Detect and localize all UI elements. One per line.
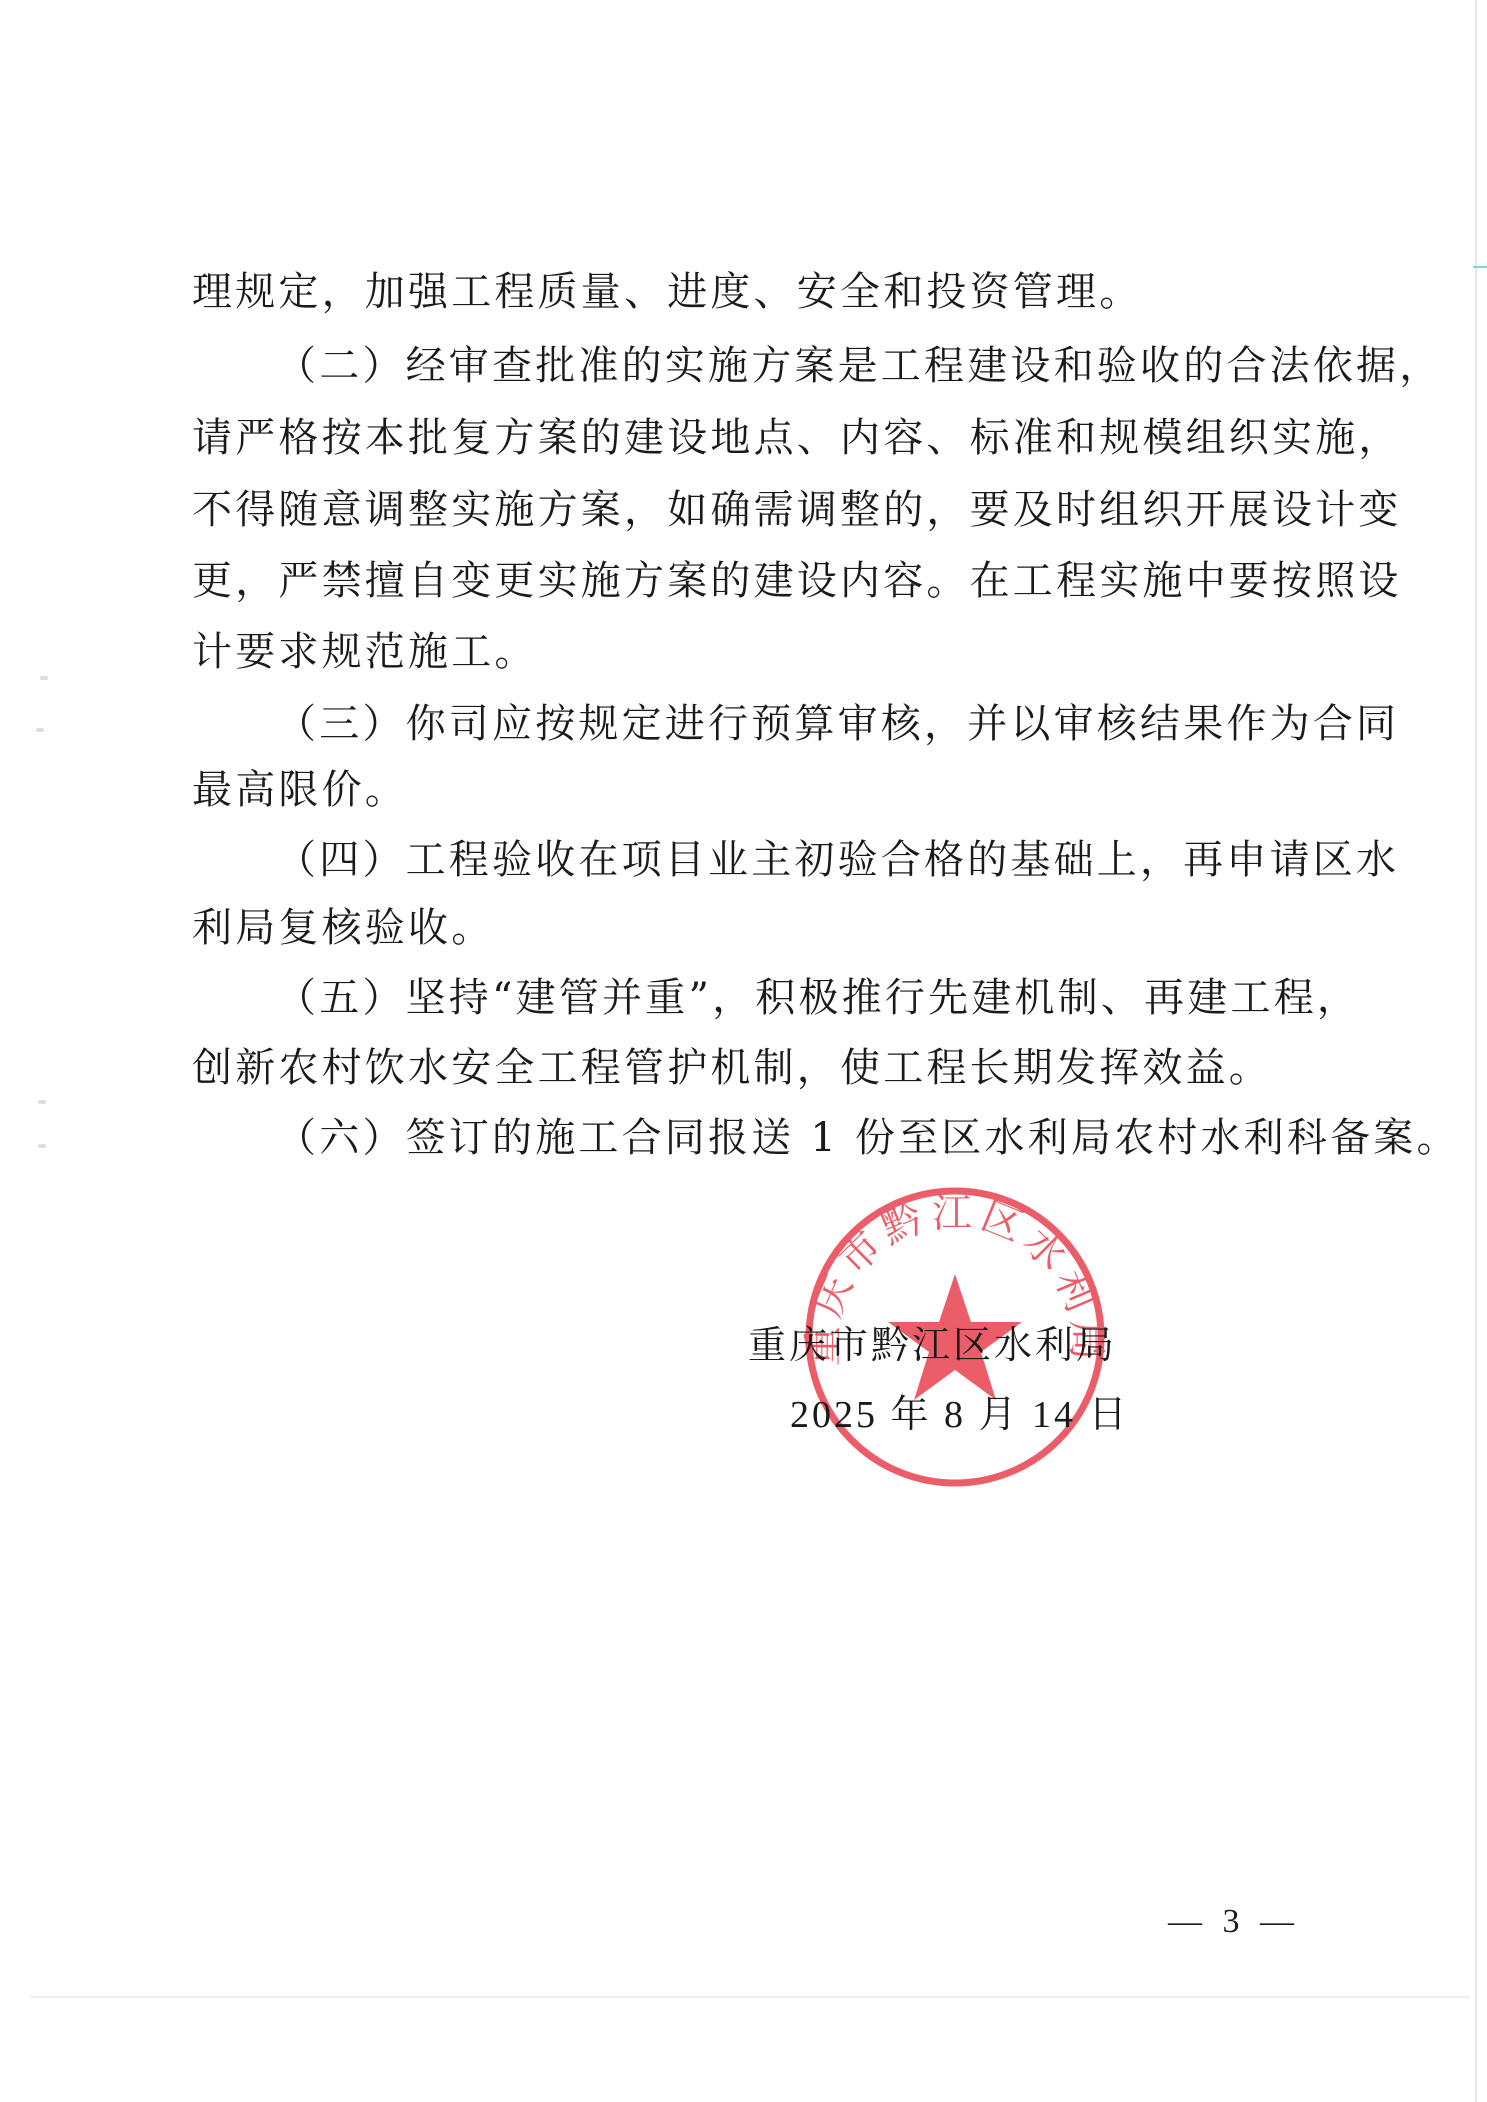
scan-speck xyxy=(38,1100,46,1104)
signature-date: 2025 年 8 月 14 日 xyxy=(790,1392,1130,1438)
body-line-11: （五）坚持“建管并重”，积极推行先建机制、再建工程， xyxy=(192,974,1312,1022)
body-line-5: 更，严禁擅自变更实施方案的建设内容。在工程实施中要按照设 xyxy=(192,557,1312,605)
scan-edge-line xyxy=(1475,0,1477,2102)
scan-edge-mark xyxy=(1473,266,1487,268)
body-line-10: 利局复核验收。 xyxy=(192,904,1312,952)
body-line-3: 请严格按本批复方案的建设地点、内容、标准和规模组织实施， xyxy=(192,414,1312,462)
body-line-9: （四）工程验收在项目业主初验合格的基础上，再申请区水 xyxy=(192,836,1312,884)
scan-speck xyxy=(36,728,44,732)
document-page: 理规定，加强工程质量、进度、安全和投资管理。 （二）经审查批准的实施方案是工程建… xyxy=(0,0,1487,2102)
scan-artifact-line xyxy=(30,1996,1470,1998)
body-line-13: （六）签订的施工合同报送 1 份至区水利局农村水利科备案。 xyxy=(192,1114,1312,1162)
signature-organization: 重庆市黔江区水利局 xyxy=(748,1322,1117,1368)
body-line-7: （三）你司应按规定进行预算审核，并以审核结果作为合同 xyxy=(192,700,1312,748)
scan-speck xyxy=(38,1144,46,1148)
body-line-1: 理规定，加强工程质量、进度、安全和投资管理。 xyxy=(192,268,1312,316)
body-line-6: 计要求规范施工。 xyxy=(192,628,1312,676)
body-line-8: 最高限价。 xyxy=(192,766,1312,814)
scan-speck xyxy=(40,676,48,680)
page-number: — 3 — xyxy=(1168,1900,1300,1944)
body-line-12: 创新农村饮水安全工程管护机制，使工程长期发挥效益。 xyxy=(192,1044,1312,1092)
body-line-4: 不得随意调整实施方案，如确需调整的，要及时组织开展设计变 xyxy=(192,486,1312,534)
body-line-2: （二）经审查批准的实施方案是工程建设和验收的合法依据， xyxy=(192,342,1312,390)
